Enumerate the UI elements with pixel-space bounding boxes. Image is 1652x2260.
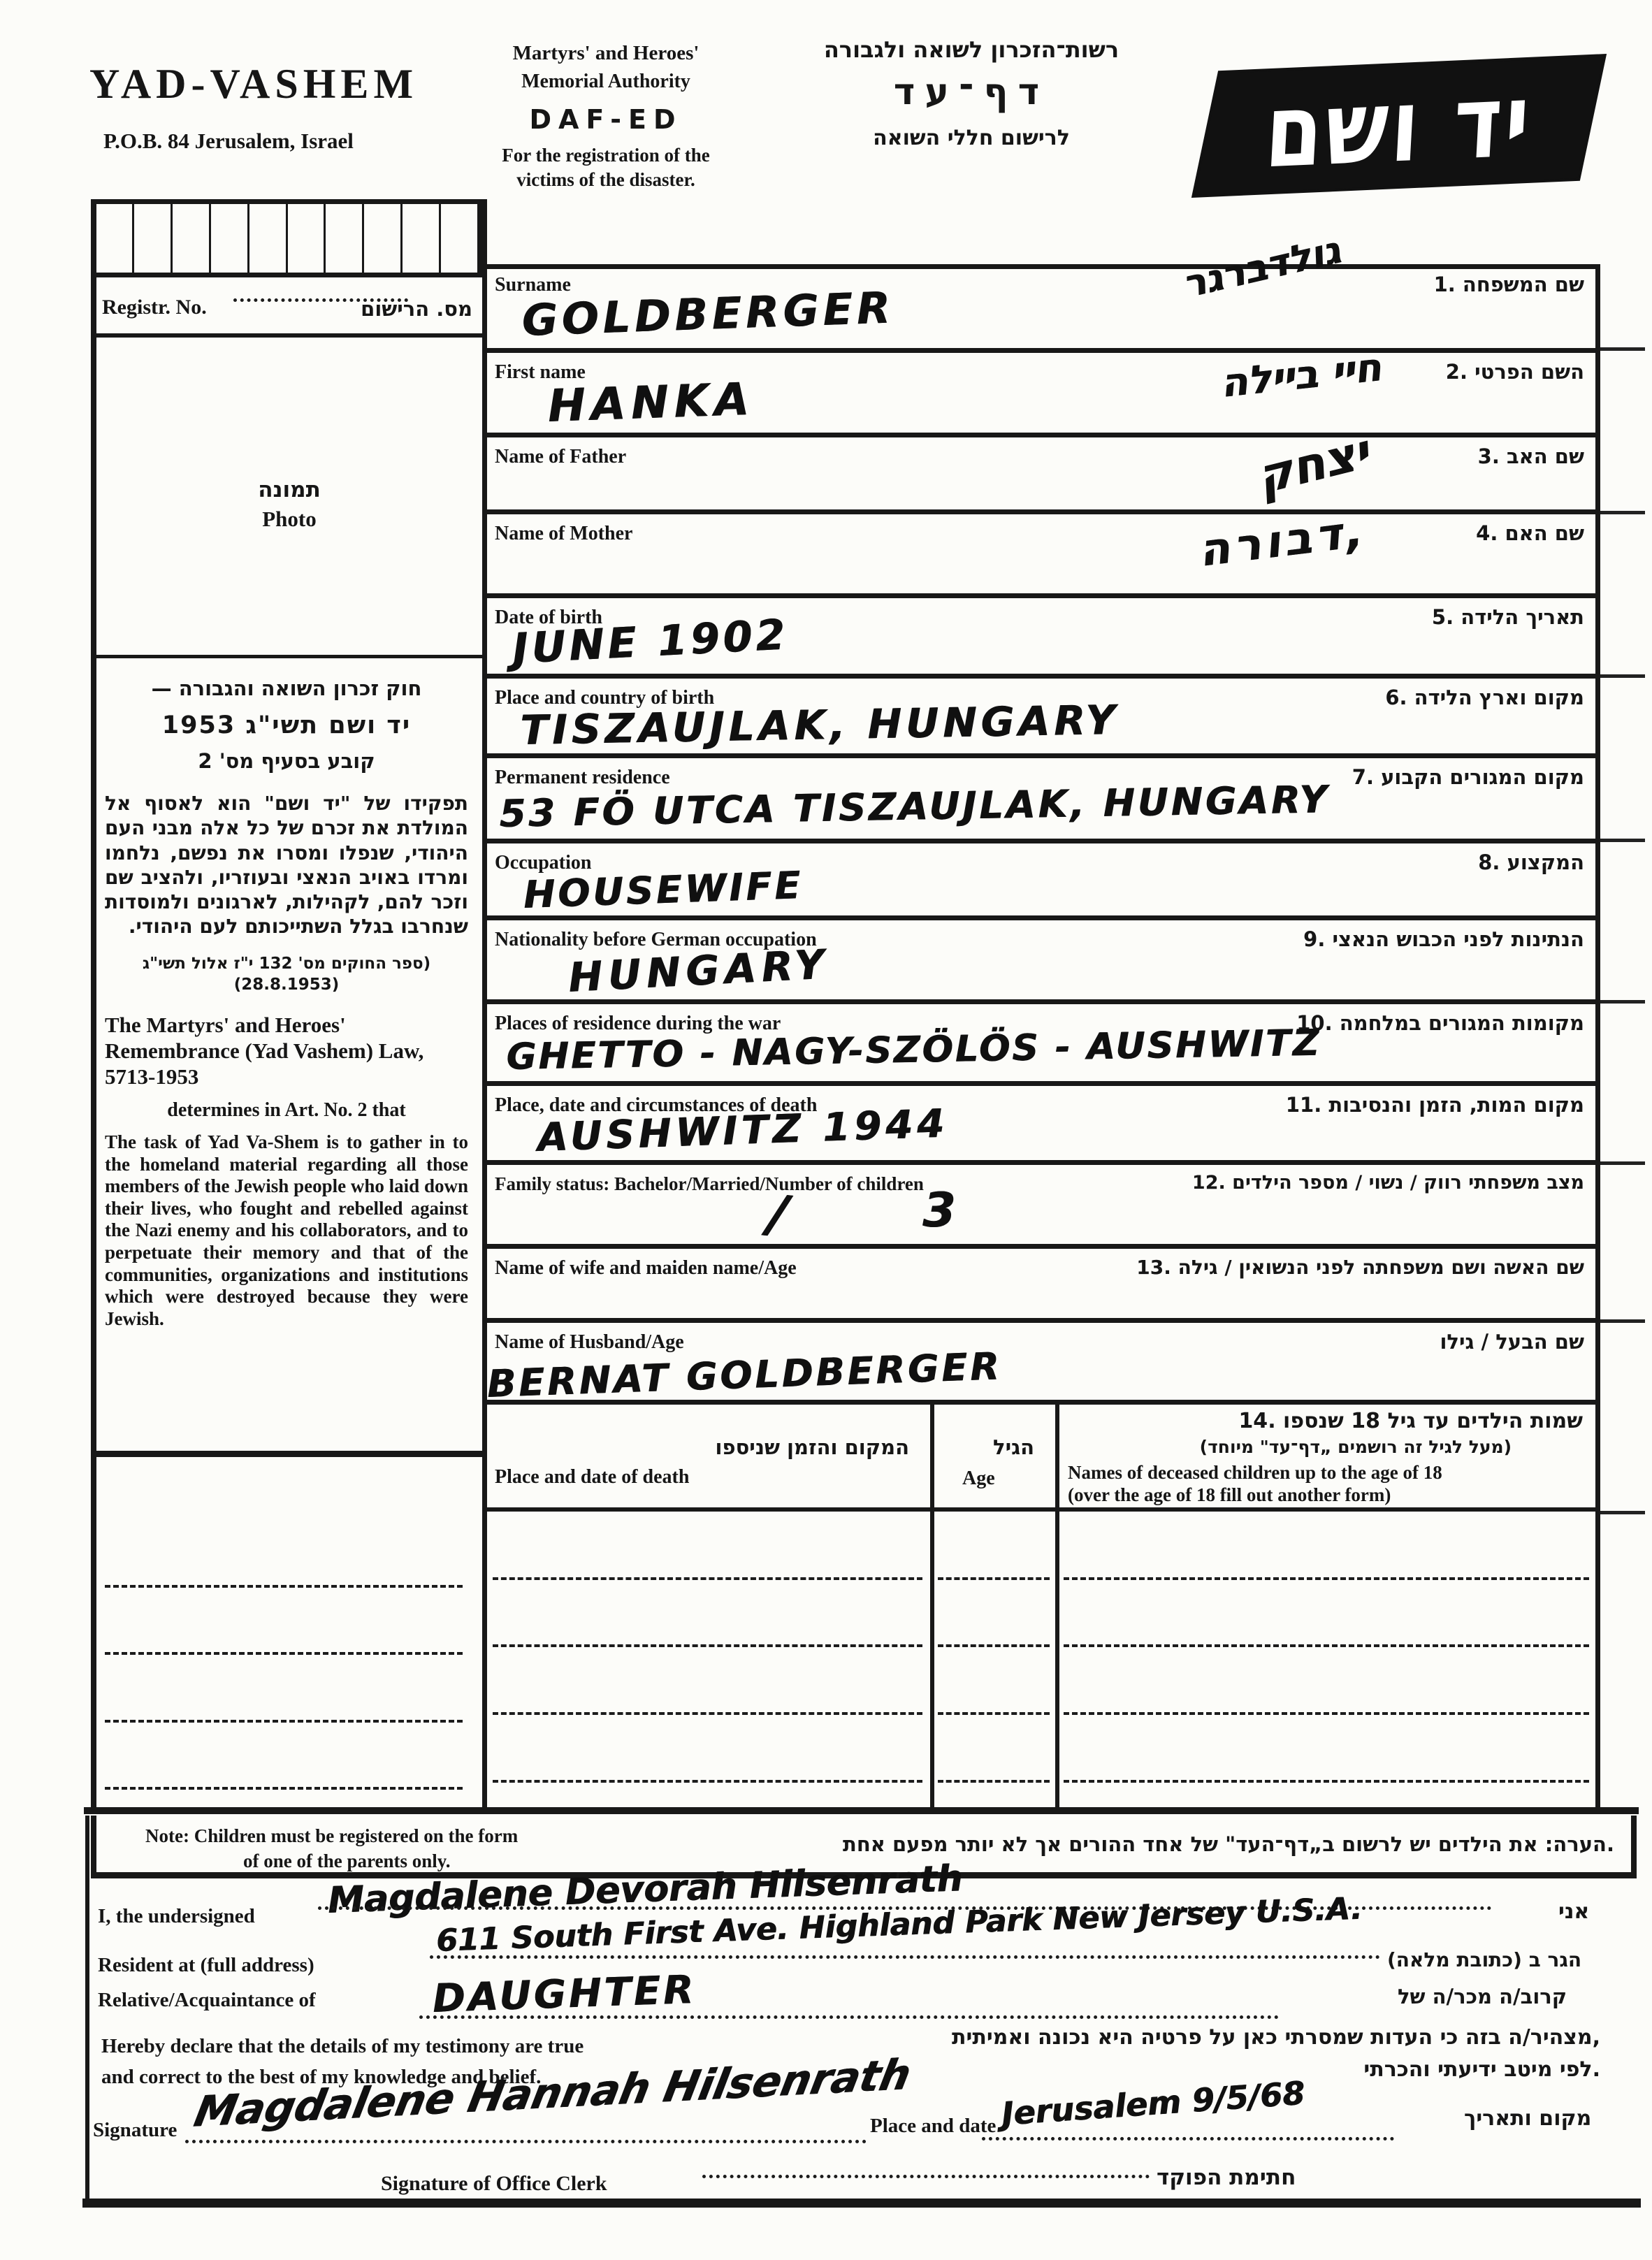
field-row-first-name: First name השם הפרטי .2 HANKA חיי ביילה bbox=[482, 348, 1595, 433]
registration-label-en: Registr. No. bbox=[102, 296, 207, 319]
field-row-surname: Surname שם המשפחה .1 GOLDBERGER גולדברגר bbox=[482, 266, 1595, 348]
field-number: .13 bbox=[1136, 1256, 1171, 1279]
declare-line1-en: Hereby declare that the details of my te… bbox=[101, 2035, 584, 2058]
empty-writing-line bbox=[938, 1780, 1050, 1783]
law-title-en: The Martyrs' and Heroes' Remembrance (Ya… bbox=[105, 1012, 468, 1090]
empty-writing-line bbox=[105, 1652, 463, 1655]
margin-tick bbox=[1600, 1161, 1645, 1165]
empty-writing-line bbox=[938, 1577, 1050, 1580]
field-number: .12 bbox=[1192, 1172, 1226, 1194]
margin-tick bbox=[1600, 674, 1645, 678]
empty-writing-line bbox=[1064, 1712, 1589, 1715]
resident-label: Resident at (full address) bbox=[98, 1954, 314, 1977]
place-date-label-he: מקום ותאריך bbox=[1464, 2106, 1591, 2131]
field-value: TISZAUJLAK, HUNGARY bbox=[520, 696, 1120, 754]
field-label-en: Name of Mother bbox=[495, 523, 632, 545]
field-value-hebrew: דבורה, bbox=[1196, 505, 1370, 577]
registration-cell bbox=[173, 204, 211, 273]
field-label-he: שם הבעל / גילו bbox=[1440, 1330, 1584, 1354]
relative-value: DAUGHTER bbox=[432, 1967, 697, 2022]
field-number: .8 bbox=[1478, 850, 1500, 874]
field-label-he: המקצוע bbox=[1507, 850, 1584, 874]
empty-writing-line bbox=[493, 1780, 922, 1783]
margin-tick bbox=[1600, 511, 1645, 514]
col-age-label-en: Age bbox=[962, 1468, 995, 1490]
signature-value: Magdalene Hannah Hilsenrath bbox=[190, 2050, 915, 2137]
table-header-bottom-border bbox=[482, 1507, 1600, 1512]
empty-writing-line bbox=[1064, 1577, 1589, 1580]
field-label-he: מקום המגורים הקבוע bbox=[1381, 765, 1584, 789]
field-row-family-status: Family status: Bachelor/Married/Number o… bbox=[482, 1160, 1595, 1244]
field-row-occupation: Occupation המקצוע .8 HOUSEWIFE bbox=[482, 839, 1595, 915]
law-body-en: The task of Yad Va-Shem is to gather in … bbox=[105, 1131, 468, 1330]
purpose-line1: For the registration of the bbox=[442, 145, 770, 166]
children-subtitle-he: (מעל לגיל זה רושמים „דף־עד" מיוחד) bbox=[1200, 1437, 1512, 1457]
authority-block-hebrew: רשות־הזכרון לשואה ולגבורה דף־עד לרישום ח… bbox=[790, 36, 1153, 150]
empty-writing-line bbox=[105, 1585, 463, 1588]
empty-writing-line bbox=[493, 1712, 922, 1715]
field-label-he: מקומות המגורים במלחמה bbox=[1340, 1011, 1584, 1035]
field-number: .11 bbox=[1286, 1093, 1321, 1117]
purpose-line2: victims of the disaster. bbox=[442, 169, 770, 191]
children-title-he: שמות הילדים עד גיל 18 שנספו bbox=[1283, 1409, 1583, 1433]
field-label-he: השם הפרטי bbox=[1475, 360, 1584, 384]
children-title-en: Names of deceased children up to the age… bbox=[1068, 1462, 1442, 1484]
note-text-en-line1: Note: Children must be registered on the… bbox=[145, 1825, 518, 1847]
page-bottom-border bbox=[82, 2199, 1641, 2208]
signature-fill-line bbox=[185, 2140, 867, 2143]
field-row-father-name: Name of Father שם האב .3 יצחק bbox=[482, 433, 1595, 509]
field-label-he: שם האם bbox=[1505, 521, 1584, 545]
field-row-husband-name: Name of Husband/Age שם הבעל / גילו BERNA… bbox=[482, 1318, 1595, 1400]
note-text-en-line2: of one of the parents only. bbox=[243, 1850, 451, 1872]
relative-label: Relative/Acquaintance of bbox=[98, 1989, 316, 2012]
org-address: P.O.B. 84 Jerusalem, Israel bbox=[103, 129, 354, 154]
margin-tick bbox=[1600, 347, 1645, 351]
children-title-number: .14 bbox=[1238, 1409, 1275, 1433]
declare-line2-he: לפי מיטב ידיעתי והכרתי. bbox=[1293, 2057, 1600, 2082]
registration-number-row: Registr. No. מס. הרישום bbox=[96, 277, 482, 338]
field-label-he: תאריך הלידה bbox=[1461, 605, 1584, 629]
resident-fill-line bbox=[430, 1955, 1380, 1959]
field-value-hebrew: יצחק bbox=[1252, 424, 1375, 505]
empty-writing-line bbox=[105, 1787, 463, 1790]
field-number: .2 bbox=[1446, 360, 1468, 384]
place-date-fill-line bbox=[982, 2137, 1394, 2141]
field-value: HOUSEWIFE bbox=[523, 863, 804, 917]
field-number: .1 bbox=[1434, 273, 1456, 296]
daf-ed-testimony-page: YAD-VASHEM P.O.B. 84 Jerusalem, Israel M… bbox=[0, 0, 1652, 2260]
yad-vashem-logo-text: יד ושם bbox=[1263, 61, 1535, 190]
field-label-he: שם האב bbox=[1507, 444, 1584, 468]
children-subtitle-en: (over the age of 18 fill out another for… bbox=[1068, 1484, 1391, 1506]
col-place-label-en: Place and date of death bbox=[495, 1466, 689, 1488]
empty-writing-line bbox=[1064, 1644, 1589, 1647]
field-label-en: Places of residence during the war bbox=[495, 1013, 781, 1035]
field-label-he: מקום המות, הזמן והנסיבות bbox=[1328, 1093, 1584, 1117]
field-value-hebrew: גולדברגר bbox=[1178, 228, 1344, 307]
form-name-hebrew: דף־עד bbox=[790, 71, 1153, 113]
org-title: YAD-VASHEM bbox=[89, 60, 418, 108]
field-value: HANKA bbox=[546, 374, 755, 433]
field-label-en: Name of Father bbox=[495, 446, 626, 468]
registration-cell bbox=[249, 204, 288, 273]
law-sub-en: determines in Art. No. 2 that bbox=[105, 1099, 468, 1122]
law-ref-he2: (28.8.1953) bbox=[105, 976, 468, 994]
registration-label-he: מס. הרישום bbox=[361, 297, 472, 321]
field-number: .5 bbox=[1432, 605, 1454, 629]
field-row-war-residence: Places of residence during the war מקומו… bbox=[482, 999, 1595, 1081]
table-col-age-header: הגיל Age bbox=[934, 1405, 1055, 1507]
law-body-he: תפקידו של "יד ושם" הוא לאסוף אל המולדת א… bbox=[105, 791, 468, 939]
registration-number-boxes bbox=[91, 199, 482, 277]
col-place-label-he: המקום והזמן שניספו bbox=[716, 1435, 909, 1459]
clerk-signature-label: Signature of Office Clerk bbox=[381, 2172, 607, 2196]
clerk-signature-label-he: חתימת הפוקד bbox=[1157, 2165, 1296, 2190]
field-label-he: מצב משפחתי רווק / נשוי / מספר הילדים bbox=[1232, 1172, 1584, 1194]
table-col-names-header: שמות הילדים עד גיל 18 שנספו .14 (מעל לגי… bbox=[1059, 1403, 1595, 1507]
registration-cell bbox=[441, 204, 477, 273]
field-label-he: שם האשה ושם משפחתה לפני הנשואין / גילה bbox=[1178, 1256, 1584, 1279]
law-title-he1: חוק זכרון השואה והגבורה — bbox=[105, 676, 468, 700]
empty-writing-line bbox=[493, 1577, 922, 1580]
photo-label-he: תמונה bbox=[96, 477, 482, 502]
place-date-label: Place and date bbox=[870, 2115, 996, 2138]
form-name: DAF-ED bbox=[442, 104, 770, 135]
empty-writing-line bbox=[105, 1720, 463, 1723]
field-number: .6 bbox=[1385, 686, 1407, 709]
field-label-en: Name of Husband/Age bbox=[495, 1331, 684, 1354]
field-value-hebrew: חיי ביילה bbox=[1218, 345, 1383, 407]
col-age-label-he: הגיל bbox=[993, 1435, 1034, 1459]
photo-box: תמונה Photo bbox=[96, 338, 482, 655]
authority-line2: Memorial Authority bbox=[442, 71, 770, 93]
note-text-he: הערה: את הילדים יש לרשום ב„דף־העד" של אח… bbox=[843, 1832, 1614, 1856]
place-date-value: Jerusalem 9/5/68 bbox=[1000, 2074, 1305, 2133]
table-bottom-border bbox=[84, 1807, 1639, 1814]
relative-label-he: קרוב/ה מכר/ה של bbox=[1398, 1985, 1567, 2008]
field-value: GOLDBERGER bbox=[521, 282, 894, 346]
field-label-en: Family status: Bachelor/Married/Number o… bbox=[495, 1173, 924, 1195]
declare-line1-he: מצהיר/ה בזה כי העדות שמסרתי כאן על פרטיה… bbox=[811, 2025, 1600, 2050]
empty-writing-line bbox=[493, 1644, 922, 1647]
registration-cell bbox=[403, 204, 441, 273]
form-right-border bbox=[1595, 264, 1600, 1810]
authority-line1: Martyrs' and Heroes' bbox=[442, 42, 770, 65]
relative-fill-line bbox=[419, 2015, 1279, 2019]
field-label-en: Permanent residence bbox=[495, 767, 670, 789]
law-title-he3: קובע בסעיף מס' 2 bbox=[105, 749, 468, 773]
registration-cell bbox=[364, 204, 403, 273]
photo-label-en: Photo bbox=[96, 507, 482, 532]
law-ref-he1: (ספר החוקים מס' 132 י"ז אלול תשי"ג bbox=[105, 955, 468, 973]
undersigned-label: I, the undersigned bbox=[98, 1905, 255, 1928]
undersigned-label-he: אני bbox=[1558, 1899, 1589, 1924]
empty-writing-line bbox=[938, 1644, 1050, 1647]
authority-hebrew: רשות־הזכרון לשואה ולגבורה bbox=[790, 36, 1153, 63]
field-number: .9 bbox=[1303, 927, 1325, 951]
registration-cell bbox=[211, 204, 249, 273]
field-row-residence: Permanent residence מקום המגורים הקבוע .… bbox=[482, 753, 1595, 839]
field-row-birth-place: Place and country of birth מקום וארץ הלי… bbox=[482, 674, 1595, 753]
field-label-en: Name of wife and maiden name/Age bbox=[495, 1257, 797, 1280]
table-col-place-header: המקום והזמן שניספו Place and date of dea… bbox=[482, 1405, 930, 1507]
field-value-children-count: 3 bbox=[922, 1183, 955, 1238]
field-row-wife-name: Name of wife and maiden name/Age שם האשה… bbox=[482, 1244, 1595, 1318]
field-label-he: שם המשפחה bbox=[1463, 273, 1584, 296]
resident-label-he: הגר ב (כתובת מלאה) bbox=[1387, 1948, 1581, 1971]
empty-writing-line bbox=[938, 1712, 1050, 1715]
authority-block: Martyrs' and Heroes' Memorial Authority … bbox=[442, 42, 770, 191]
margin-tick bbox=[1600, 839, 1645, 842]
field-row-death-place: Place, date and circumstances of death מ… bbox=[482, 1081, 1595, 1160]
empty-writing-line bbox=[1064, 1780, 1589, 1783]
law-title-he2: יד ושם תשי"ג 1953 bbox=[105, 711, 468, 739]
registration-cell bbox=[134, 204, 173, 273]
field-row-nationality: Nationality before German occupation הנת… bbox=[482, 915, 1595, 999]
registration-cell bbox=[288, 204, 326, 273]
margin-tick bbox=[1600, 1319, 1645, 1323]
signature-label: Signature bbox=[93, 2119, 177, 2142]
field-number: .4 bbox=[1476, 521, 1498, 545]
field-row-mother-name: Name of Mother שם האם .4 דבורה, bbox=[482, 509, 1595, 593]
registration-cell bbox=[96, 204, 134, 273]
field-number: .3 bbox=[1478, 444, 1500, 468]
bottom-left-border bbox=[85, 1816, 89, 2201]
purpose-hebrew: לרישום חללי השואה bbox=[790, 126, 1153, 150]
field-label-he: הנתינות לפני הכבוש הנאצי bbox=[1332, 927, 1584, 951]
margin-tick bbox=[1600, 1000, 1645, 1004]
field-number: .7 bbox=[1352, 765, 1374, 789]
law-text-box: חוק זכרון השואה והגבורה — יד ושם תשי"ג 1… bbox=[95, 655, 482, 1457]
margin-tick bbox=[1600, 1511, 1645, 1514]
field-label-he: מקום וארץ הלידה bbox=[1414, 686, 1584, 709]
registration-cell bbox=[326, 204, 364, 273]
yad-vashem-logo: יד ושם bbox=[1195, 57, 1604, 195]
field-row-birth-date: Date of birth תאריך הלידה .5 JUNE 1902 bbox=[482, 593, 1595, 674]
clerk-signature-fill-line bbox=[702, 2175, 1150, 2178]
